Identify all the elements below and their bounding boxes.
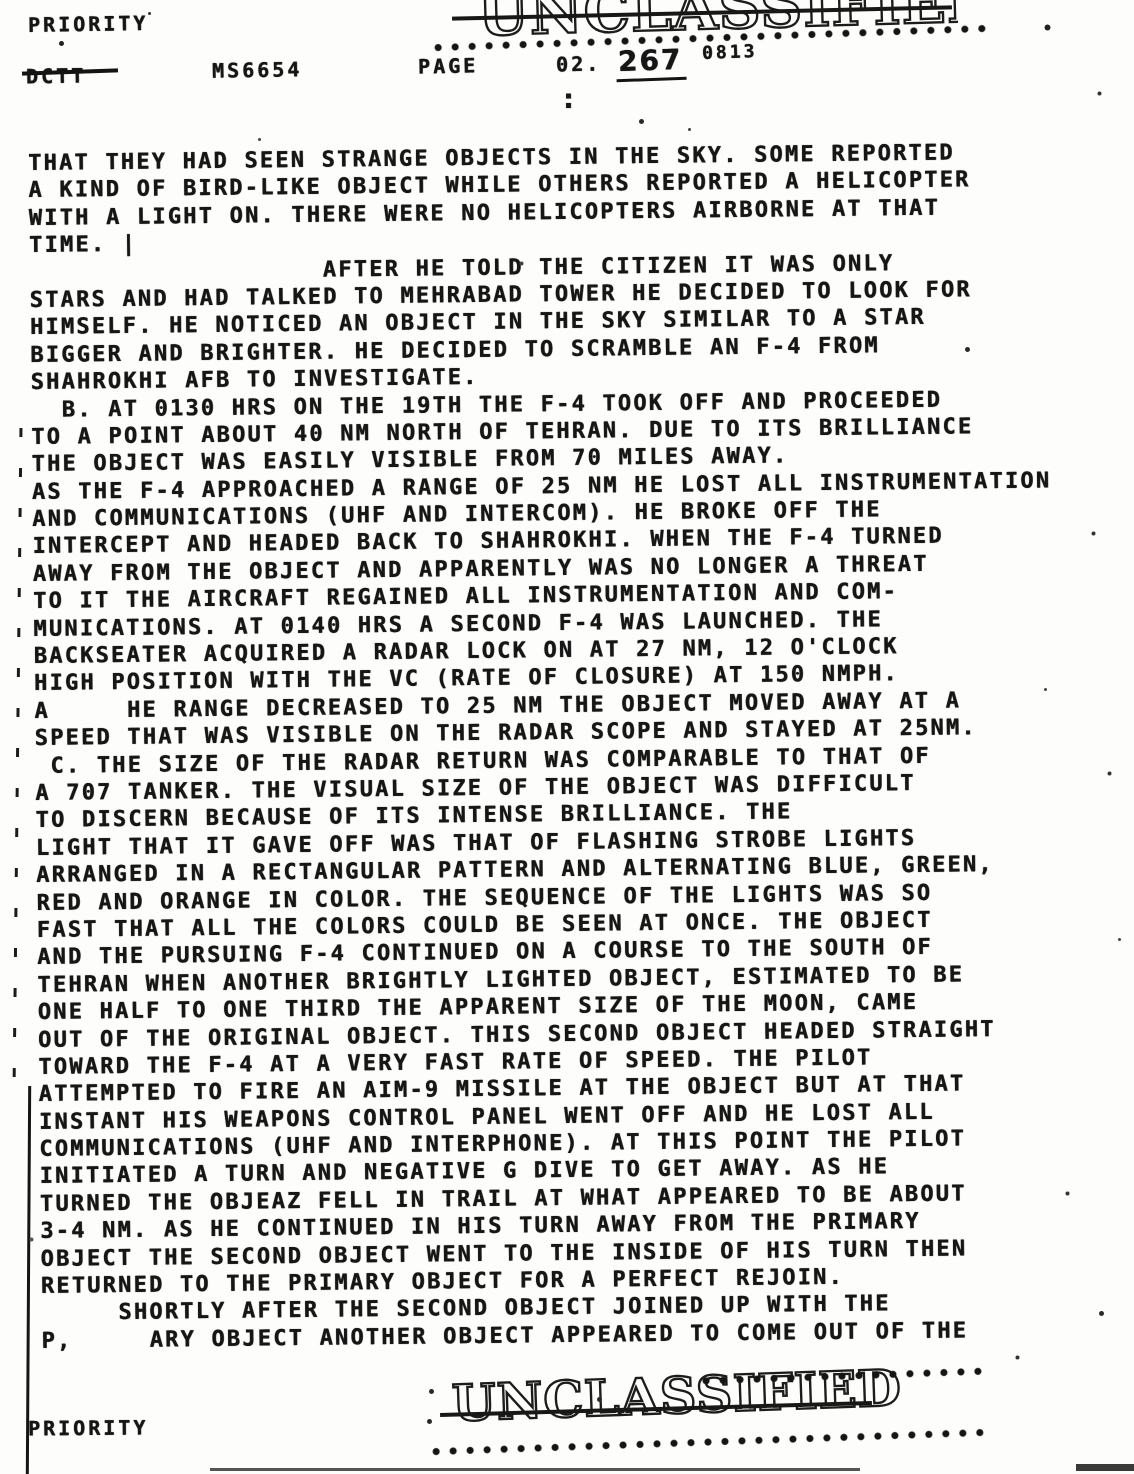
scan-edge-bar [210, 1468, 860, 1471]
priority-label-top: PRIORITY [28, 11, 149, 37]
page-number: 02. [556, 52, 602, 77]
scan-edge-bar-right [1076, 1464, 1134, 1471]
date-time-code: 0813 [702, 41, 758, 64]
dots-row-bottom-under [430, 1426, 990, 1459]
message-number: MS6654 [212, 57, 303, 83]
colon-mark: : [560, 82, 577, 115]
handwritten-page-number: 267 [616, 44, 686, 81]
page-label: PAGE [418, 53, 479, 78]
message-body: THAT THEY HAD SEEN STRANGE OBJECTS IN TH… [28, 138, 1061, 1355]
routing-code: DCTT [26, 63, 87, 88]
left-margin-dashed-line [13, 428, 22, 1090]
scan-noise-specks [0, 0, 3, 3]
priority-label-bottom: PRIORITY [28, 1415, 149, 1440]
handwritten-page-number-value: 267 [615, 43, 687, 82]
document-page: UNCLASSIFIED PRIORITY DCTT MS6654 PAGE 0… [0, 0, 1134, 1474]
